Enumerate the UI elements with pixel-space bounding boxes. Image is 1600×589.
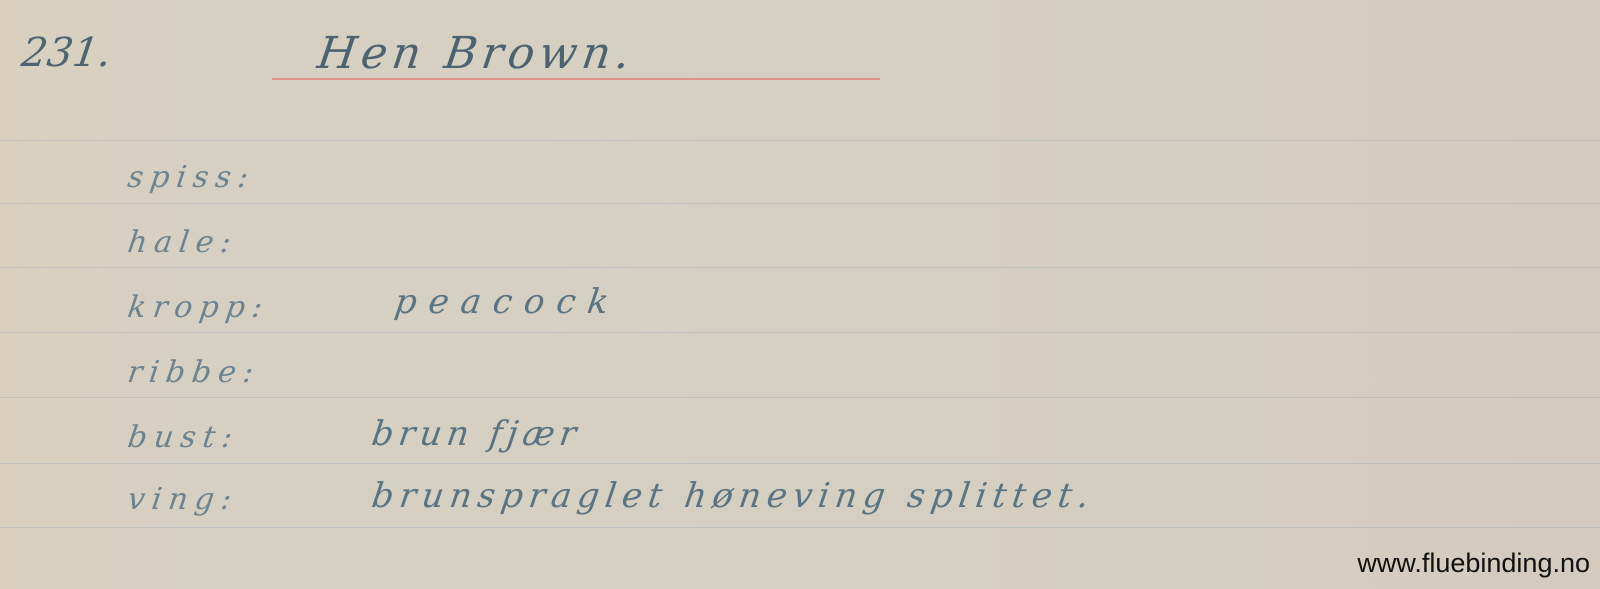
ruling-line: [0, 332, 1600, 333]
ruling-line: [0, 527, 1600, 528]
ruling-line: [0, 463, 1600, 464]
website-watermark: www.fluebinding.no: [1357, 548, 1590, 579]
field-label-spiss: spiss:: [126, 160, 258, 195]
title-underline: [272, 78, 880, 80]
field-label-bust: bust:: [126, 420, 242, 455]
ruling-line: [0, 140, 1600, 141]
field-label-kropp: kropp:: [126, 290, 272, 325]
ruling-line: [0, 397, 1600, 398]
field-value-bust: brun fjær: [369, 414, 584, 454]
field-value-kropp: peacock: [392, 282, 623, 322]
entry-number: 231.: [19, 30, 115, 76]
field-value-ving: brunspraglet høneving splittet.: [369, 476, 1097, 516]
ruling-line: [0, 203, 1600, 204]
notebook-page: 231. Hen Brown. spiss: hale: kropp: ribb…: [0, 0, 1600, 589]
ruling-line: [0, 267, 1600, 268]
field-label-ving: ving:: [126, 482, 241, 517]
fly-pattern-title: Hen Brown.: [314, 28, 638, 79]
field-label-hale: hale:: [126, 225, 241, 260]
field-label-ribbe: ribbe:: [126, 355, 263, 390]
